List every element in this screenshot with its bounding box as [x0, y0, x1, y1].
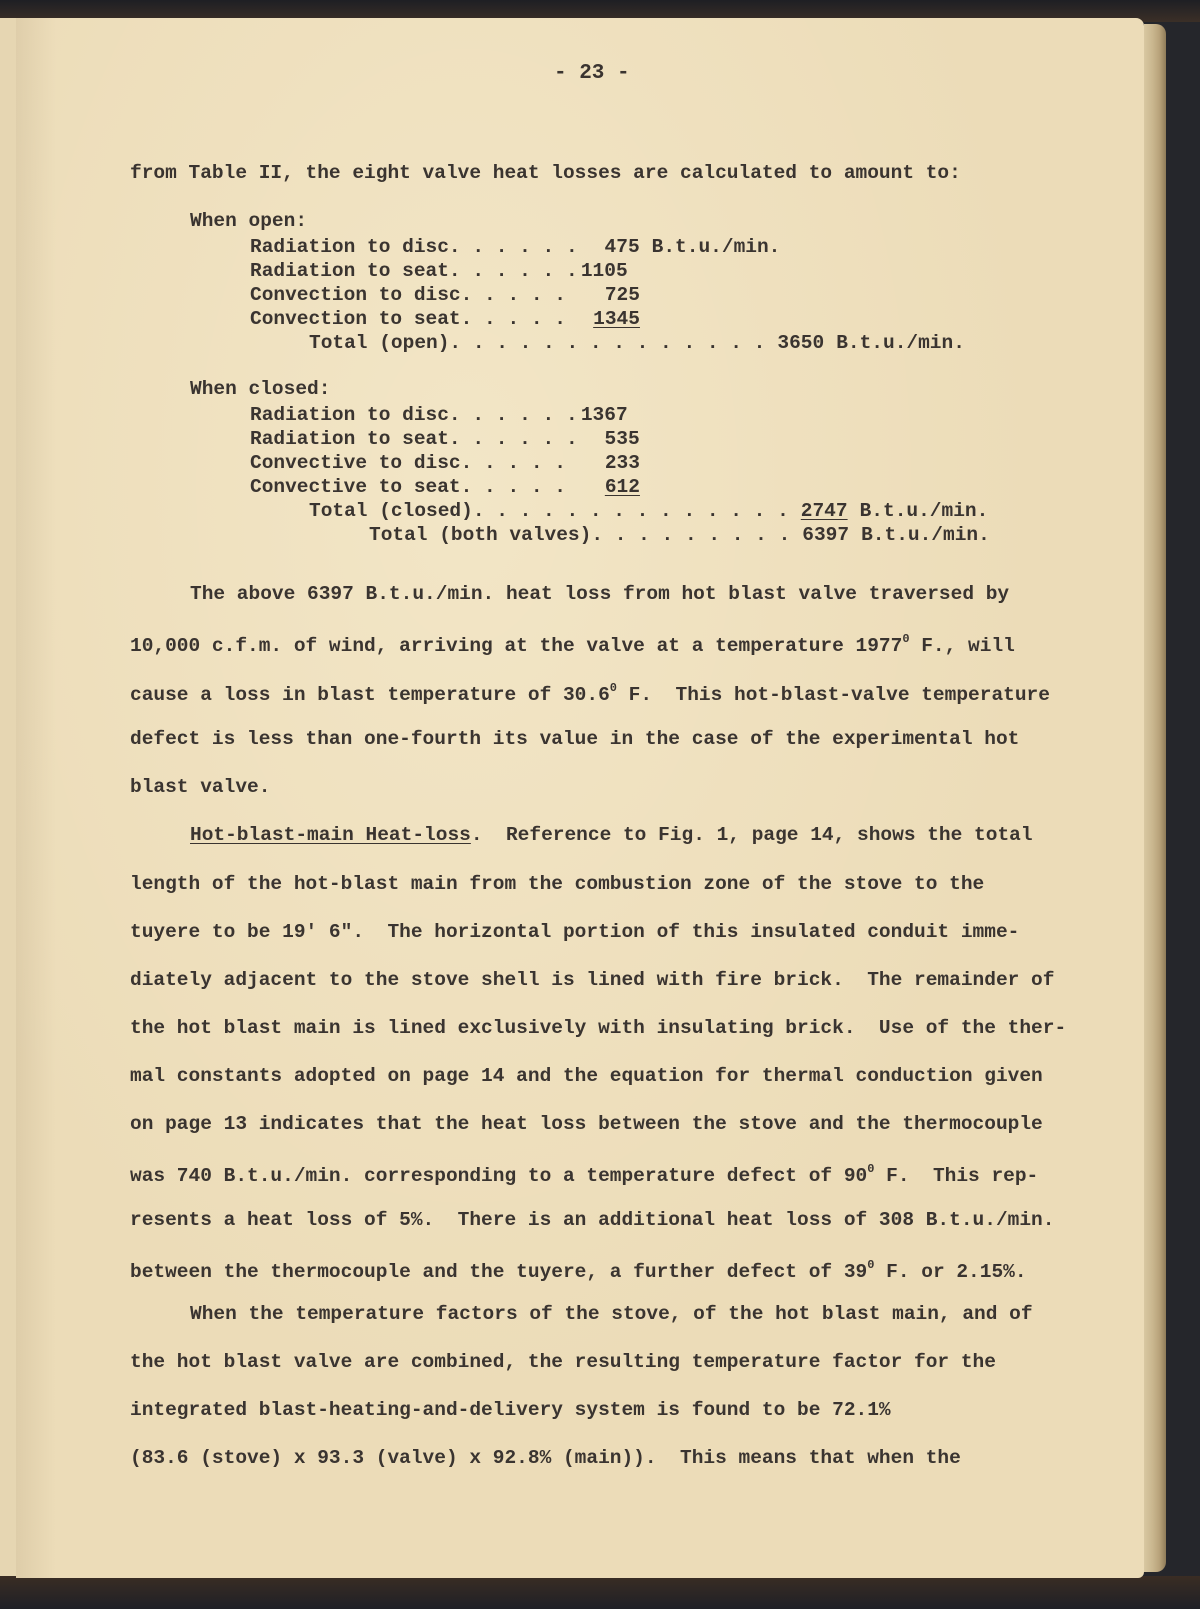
closed-total-row: Total (closed). . . . . . . . . . . . . …	[309, 500, 988, 522]
open-total-row: Total (open). . . . . . . . . . . . . . …	[309, 332, 965, 354]
line-text: F. This hot-blast-valve temperature	[617, 684, 1050, 706]
open-row-radiation-seat: Radiation to seat. . . . . . 1105	[250, 260, 628, 282]
row-value: 1345	[566, 308, 640, 330]
open-row-convection-seat: Convection to seat. . . . . 1345	[250, 308, 640, 330]
closed-row-convective-seat: Convective to seat. . . . . 612	[250, 476, 640, 498]
paragraph1-line: defect is less than one-fourth its value…	[130, 730, 1019, 750]
paragraph2-line: mal constants adopted on page 14 and the…	[130, 1067, 1043, 1087]
degree-superscript: 0	[902, 632, 909, 646]
line-text: . Reference to Fig. 1, page 14, shows th…	[471, 824, 1033, 846]
paragraph2-line: length of the hot-blast main from the co…	[130, 875, 984, 895]
closed-row-radiation-disc: Radiation to disc. . . . . . 1367	[250, 404, 628, 426]
previous-page-edge	[0, 18, 17, 1578]
closed-row-radiation-seat: Radiation to seat. . . . . . 535	[250, 428, 640, 450]
row-label: Convection to disc. . . . .	[250, 284, 566, 306]
row-value: 233	[566, 452, 640, 474]
total-value: 3650	[777, 332, 824, 354]
book-binding-bottom	[0, 1576, 1200, 1609]
line-text: between the thermocouple and the tuyere,…	[130, 1261, 867, 1283]
document-page: - 23 - from Table II, the eight valve he…	[16, 18, 1144, 1578]
paragraph2-line: tuyere to be 19' 6". The horizontal port…	[130, 923, 1019, 943]
total-value: 2747	[801, 500, 848, 522]
total-unit: B.t.u./min.	[861, 524, 990, 546]
total-label: Total (both valves). . . . . . . . .	[369, 524, 790, 546]
row-label: Radiation to seat. . . . . .	[250, 428, 578, 450]
paragraph2-line: on page 13 indicates that the heat loss …	[130, 1115, 1043, 1135]
row-label: Convective to seat. . . . .	[250, 476, 566, 498]
paragraph3-line: When the temperature factors of the stov…	[190, 1305, 1033, 1325]
line-text: was 740 B.t.u./min. corresponding to a t…	[130, 1165, 867, 1187]
row-value: 725	[566, 284, 640, 306]
scanned-document: - 23 - from Table II, the eight valve he…	[0, 0, 1200, 1609]
row-unit: B.t.u./min.	[652, 236, 781, 258]
closed-heading: When closed:	[190, 380, 330, 400]
page-number: - 23 -	[554, 62, 630, 85]
row-label: Radiation to seat. . . . . .	[250, 260, 578, 282]
paragraph2-first-line: Hot-blast-main Heat-loss. Reference to F…	[190, 826, 1033, 846]
paragraph1-line: cause a loss in blast temperature of 30.…	[130, 682, 1050, 706]
row-value: 612	[566, 476, 640, 498]
page-stack-edge	[1144, 24, 1166, 1572]
line-text: cause a loss in blast temperature of 30.…	[130, 684, 610, 706]
paragraph2-line: resents a heat loss of 5%. There is an a…	[130, 1211, 1054, 1231]
both-total-row: Total (both valves). . . . . . . . . 639…	[369, 524, 990, 546]
row-label: Radiation to disc. . . . . .	[250, 236, 578, 258]
line-text: 10,000 c.f.m. of wind, arriving at the v…	[130, 635, 902, 657]
paragraph2-line: was 740 B.t.u./min. corresponding to a t…	[130, 1163, 1038, 1187]
total-unit: B.t.u./min.	[860, 500, 989, 522]
row-label: Convective to disc. . . . .	[250, 452, 566, 474]
open-heading: When open:	[190, 212, 307, 232]
paragraph1-line: The above 6397 B.t.u./min. heat loss fro…	[190, 585, 1009, 605]
line-text: F. This rep-	[874, 1165, 1038, 1187]
degree-superscript: 0	[610, 681, 617, 695]
total-label: Total (closed). . . . . . . . . . . . . …	[309, 500, 789, 522]
paragraph2-line: diately adjacent to the stove shell is l…	[130, 971, 1054, 991]
row-label: Convection to seat. . . . .	[250, 308, 566, 330]
row-value: 475	[578, 236, 640, 258]
paragraph2-line: the hot blast main is lined exclusively …	[130, 1019, 1066, 1039]
closed-row-convective-disc: Convective to disc. . . . . 233	[250, 452, 640, 474]
paragraph3-line: (83.6 (stove) x 93.3 (valve) x 92.8% (ma…	[130, 1449, 961, 1469]
paragraph3-line: integrated blast-heating-and-delivery sy…	[130, 1401, 891, 1421]
row-label: Radiation to disc. . . . . .	[250, 404, 578, 426]
paragraph2-line: between the thermocouple and the tuyere,…	[130, 1259, 1027, 1283]
line-text: F., will	[910, 635, 1015, 657]
intro-line: from Table II, the eight valve heat loss…	[130, 164, 961, 184]
total-value: 6397	[802, 524, 849, 546]
total-label: Total (open). . . . . . . . . . . . . .	[309, 332, 765, 354]
row-value: 1367	[578, 404, 628, 426]
open-row-radiation-disc: Radiation to disc. . . . . . 475 B.t.u./…	[250, 236, 780, 258]
section-heading: Hot-blast-main Heat-loss	[190, 824, 471, 846]
row-value: 1105	[578, 260, 628, 282]
paragraph1-line: blast valve.	[130, 778, 270, 798]
line-text: F. or 2.15%.	[874, 1261, 1026, 1283]
row-value: 535	[578, 428, 640, 450]
paragraph3-line: the hot blast valve are combined, the re…	[130, 1353, 996, 1373]
paragraph1-line: 10,000 c.f.m. of wind, arriving at the v…	[130, 633, 1015, 657]
open-row-convection-disc: Convection to disc. . . . . 725	[250, 284, 640, 306]
total-unit: B.t.u./min.	[836, 332, 965, 354]
